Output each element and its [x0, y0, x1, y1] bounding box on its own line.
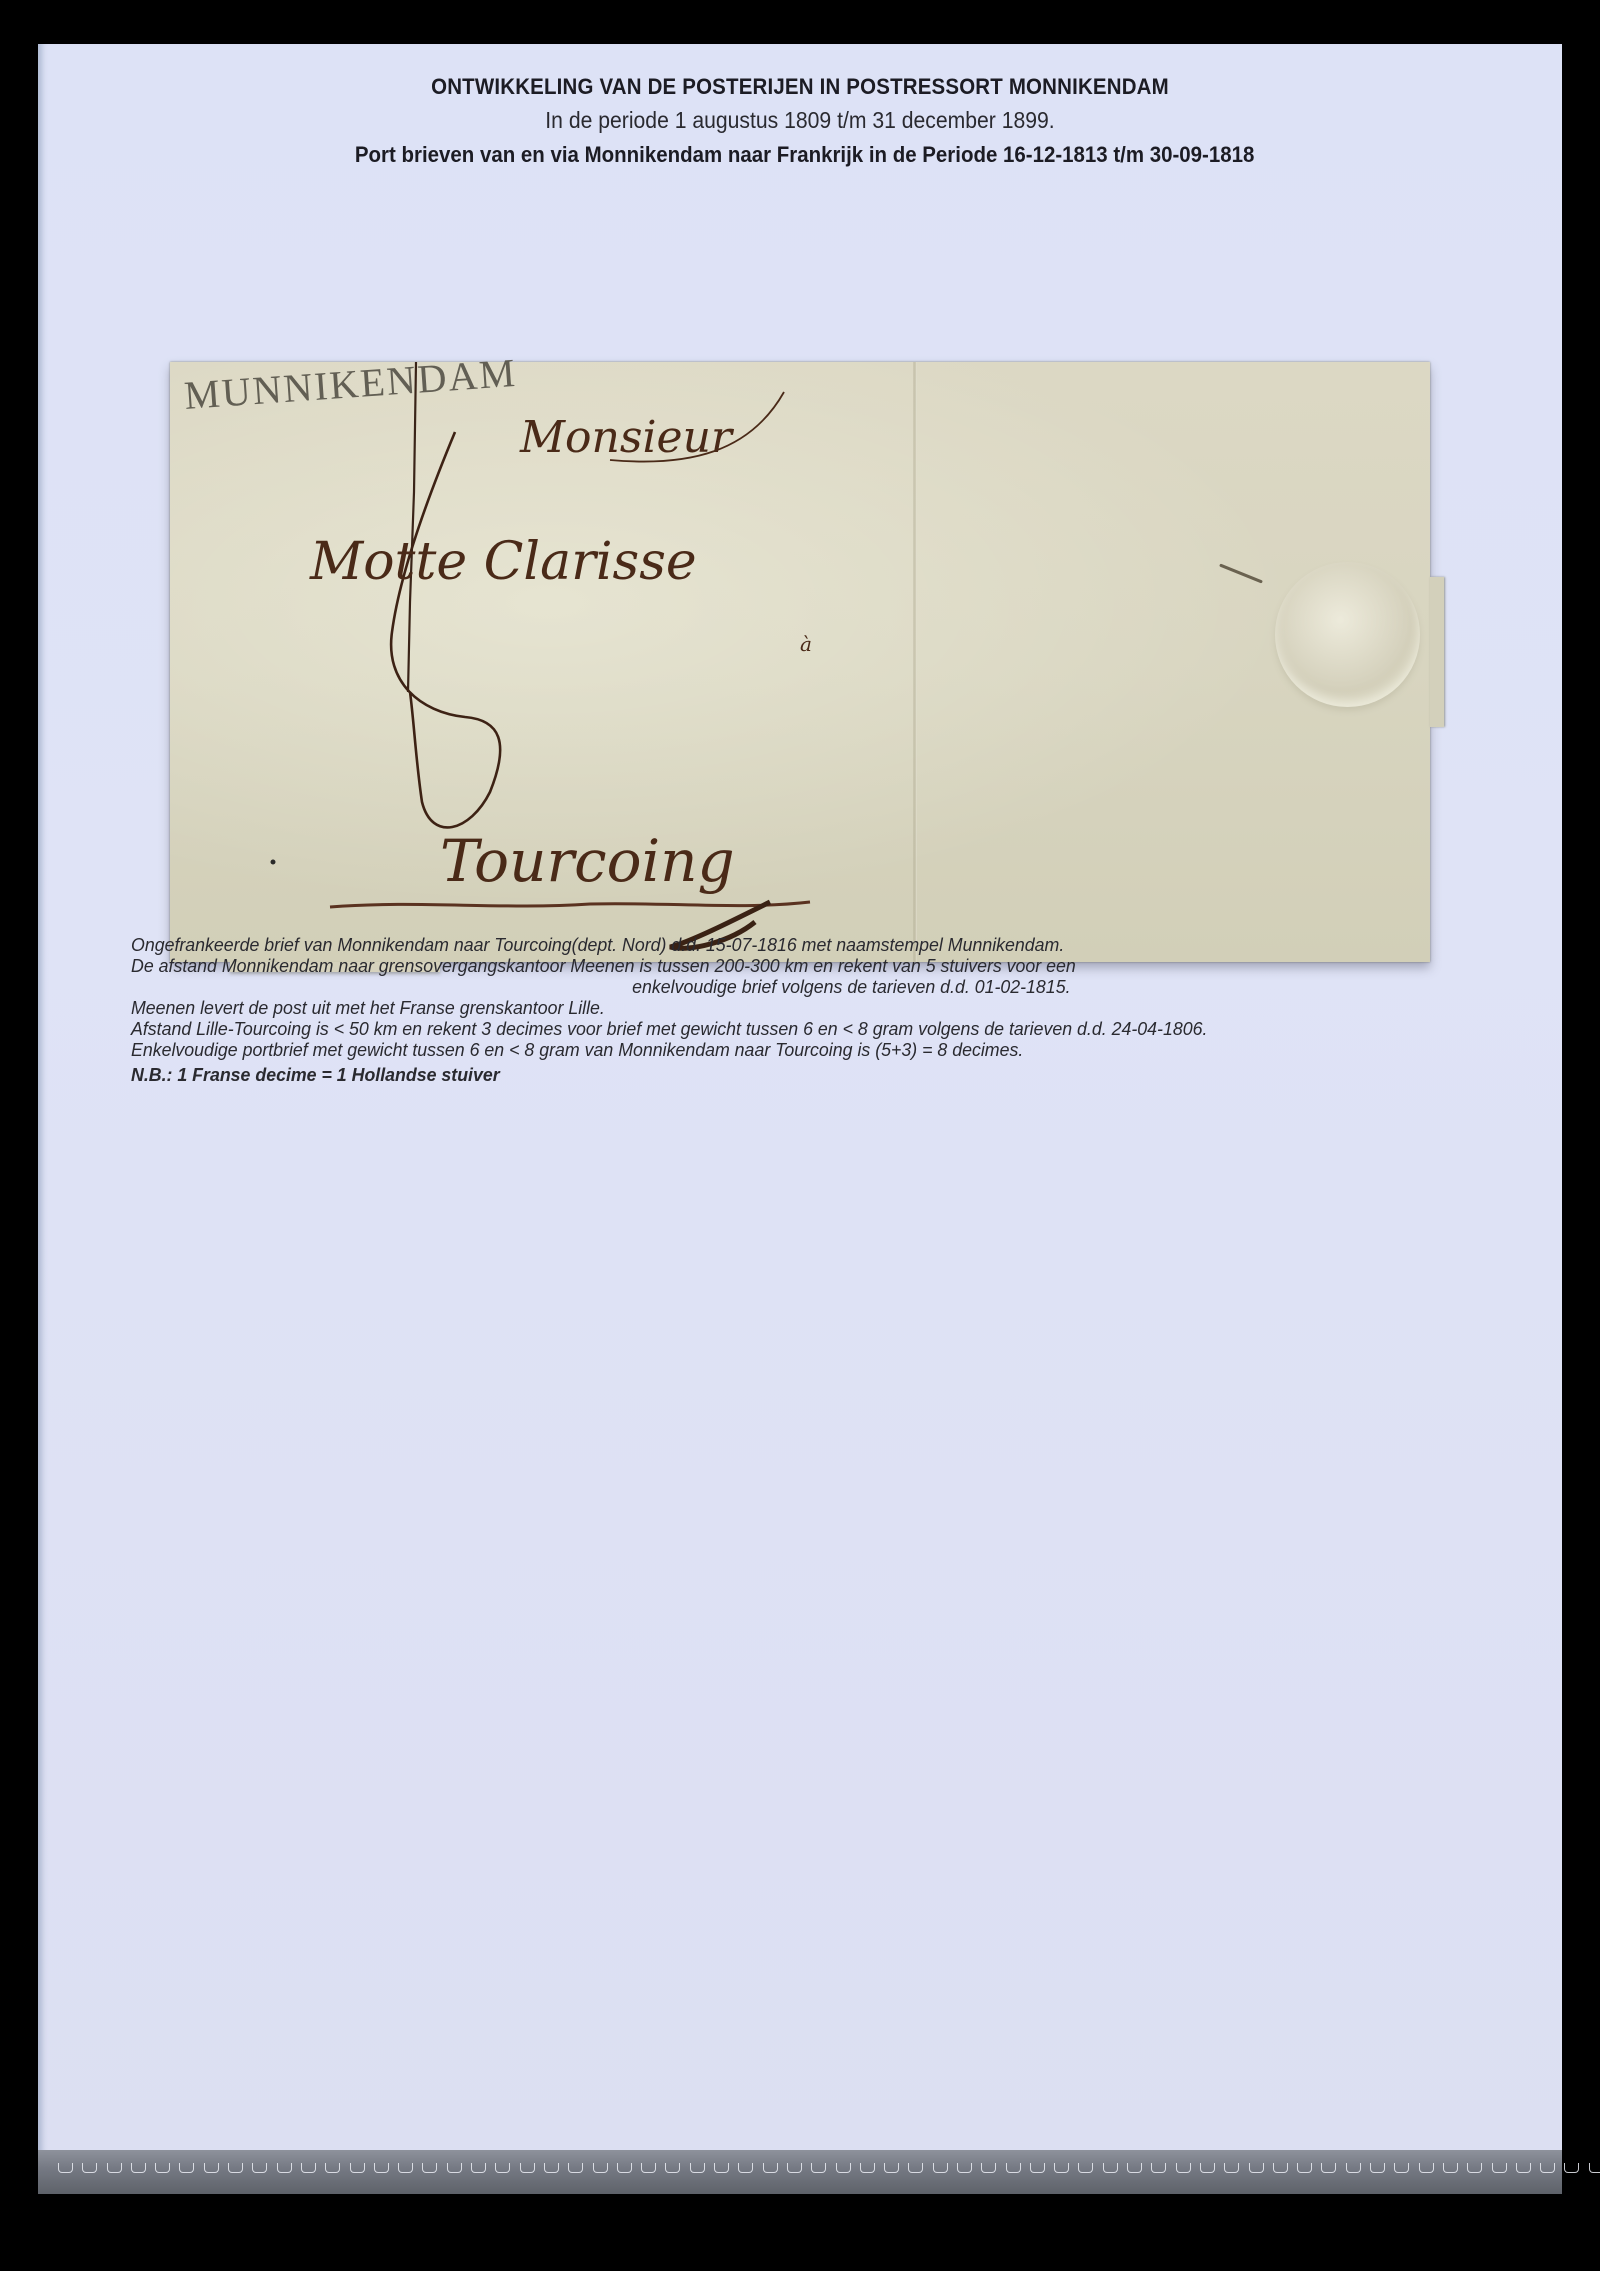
perforation-hole: [1078, 2163, 1093, 2173]
address-recipient: Motte Clarisse: [310, 532, 697, 592]
name-stamp: MUNNIKENDAM: [183, 349, 519, 419]
perforation-hole: [714, 2163, 729, 2173]
perforation-hole: [641, 2163, 656, 2173]
perforation-hole: [252, 2163, 267, 2173]
perforation-hole: [1151, 2163, 1166, 2173]
perforation-hole: [495, 2163, 510, 2173]
caption-line: Enkelvoudige portbrief met gewicht tusse…: [131, 1039, 1475, 1060]
perforation-hole: [325, 2163, 340, 2173]
perforation-hole: [763, 2163, 778, 2173]
address-city: Tourcoing: [440, 827, 735, 895]
perforation-hole: [617, 2163, 632, 2173]
caption-line: enkelvoudige brief volgens de tarieven d…: [131, 976, 1475, 997]
caption-line: Meenen levert de post uit met het Franse…: [131, 997, 1475, 1018]
perforation-hole: [836, 2163, 851, 2173]
perforation-hole: [228, 2163, 243, 2173]
perforation-hole: [1467, 2163, 1482, 2173]
page-subtitle: In de periode 1 augustus 1809 t/m 31 dec…: [99, 107, 1501, 134]
perforation-hole: [1540, 2163, 1555, 2173]
perforation-hole: [811, 2163, 826, 2173]
perforation-hole: [1589, 2163, 1600, 2173]
perforation-hole: [277, 2163, 292, 2173]
perforation-hole: [398, 2163, 413, 2173]
caption-line: Afstand Lille-Tourcoing is < 50 km en re…: [131, 1018, 1475, 1039]
perforation-hole: [107, 2163, 122, 2173]
perforation-hole: [957, 2163, 972, 2173]
rate-marking-8-icon: [170, 362, 1430, 962]
folded-letter-cover: MUNNIKENDAM Monsieur Motte Clarisse à To…: [170, 362, 1430, 962]
perforation-hole: [1200, 2163, 1215, 2173]
perforation-hole: [1273, 2163, 1288, 2173]
perforation-hole: [981, 2163, 996, 2173]
perforation-hole: [544, 2163, 559, 2173]
perforation-hole: [447, 2163, 462, 2173]
perforation-hole: [1394, 2163, 1409, 2173]
perforation-hole: [1321, 2163, 1336, 2173]
perforation-hole: [1030, 2163, 1045, 2173]
seal-crack-mark: [1219, 563, 1263, 583]
perforation-hole: [1370, 2163, 1385, 2173]
perforation-hole: [908, 2163, 923, 2173]
perforation-hole: [1103, 2163, 1118, 2173]
perforation-hole: [1297, 2163, 1312, 2173]
perforation-hole: [1054, 2163, 1069, 2173]
perforation-hole: [593, 2163, 608, 2173]
perforation-hole: [131, 2163, 146, 2173]
perforation-hole: [933, 2163, 948, 2173]
perforation-hole: [520, 2163, 535, 2173]
perforation-hole: [1564, 2163, 1579, 2173]
perforation-hole: [1492, 2163, 1507, 2173]
caption-line: Ongefrankeerde brief van Monnikendam naa…: [131, 934, 1475, 955]
page-period-heading: Port brieven van en via Monnikendam naar…: [91, 142, 1508, 168]
address-salutation: Monsieur: [520, 412, 732, 463]
page-title: ONTWIKKELING VAN DE POSTERIJEN IN POSTRE…: [91, 74, 1508, 100]
letter-side-flap: [1430, 577, 1444, 727]
perforation-hole: [665, 2163, 680, 2173]
perforation-hole: [738, 2163, 753, 2173]
perforation-hole: [568, 2163, 583, 2173]
perforation-hole: [860, 2163, 875, 2173]
perforation-hole: [1249, 2163, 1264, 2173]
perforation-hole: [1127, 2163, 1142, 2173]
perforation-hole: [787, 2163, 802, 2173]
perforation-hole: [884, 2163, 899, 2173]
perforation-hole: [204, 2163, 219, 2173]
perforation-hole: [301, 2163, 316, 2173]
wax-seal-impression: [1275, 562, 1420, 707]
perforation-hole: [1516, 2163, 1531, 2173]
letter-description: Ongefrankeerde brief van Monnikendam naa…: [131, 934, 1531, 1085]
perforation-hole: [350, 2163, 365, 2173]
perforation-hole: [471, 2163, 486, 2173]
letter-fold-line: [913, 362, 917, 962]
album-page: ONTWIKKELING VAN DE POSTERIJEN IN POSTRE…: [38, 44, 1562, 2194]
perforation-hole: [179, 2163, 194, 2173]
caption-line: De afstand Monnikendam naar grensovergan…: [131, 955, 1475, 976]
perforation-hole: [1224, 2163, 1239, 2173]
perforation-hole: [1346, 2163, 1361, 2173]
perforation-hole: [1419, 2163, 1434, 2173]
perforation-hole: [1006, 2163, 1021, 2173]
perforation-hole: [82, 2163, 97, 2173]
perforation-hole: [155, 2163, 170, 2173]
perforation-hole: [58, 2163, 73, 2173]
perforation-hole: [690, 2163, 705, 2173]
perforation-hole: [374, 2163, 389, 2173]
perforation-hole: [422, 2163, 437, 2173]
perforation-hole: [1443, 2163, 1458, 2173]
caption-note: N.B.: 1 Franse decime = 1 Hollandse stui…: [131, 1064, 1475, 1085]
sleeve-perforation-strip: [38, 2150, 1562, 2194]
address-preposition: à: [800, 632, 812, 656]
perforation-hole: [1176, 2163, 1191, 2173]
